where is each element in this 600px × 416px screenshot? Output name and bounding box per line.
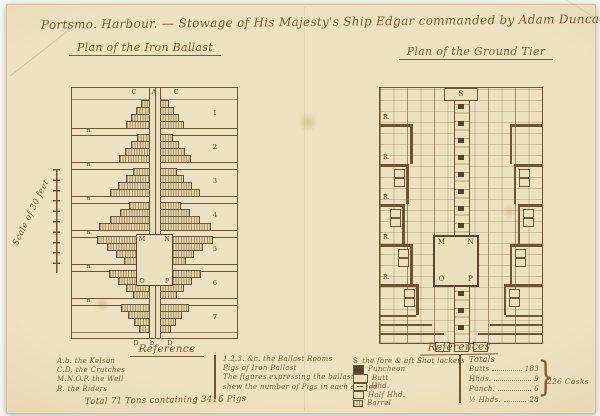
side-step-line — [510, 244, 513, 284]
left-reference-divider — [214, 355, 216, 399]
subtitle-iron-ballast: Plan of the Iron Ballast — [55, 41, 235, 54]
well-box: MNOP — [136, 234, 173, 286]
stain — [297, 113, 319, 131]
side-row-label: R. — [383, 115, 393, 121]
well-letter: M — [138, 236, 146, 243]
shot-locker-mark — [458, 121, 464, 126]
well-letter: N — [466, 239, 475, 246]
bay-number: 1 — [210, 110, 220, 117]
side-step-line — [504, 284, 507, 315]
half-hhd--symbol — [353, 391, 364, 399]
cask-outline — [394, 169, 405, 178]
side-row-label: R. — [383, 155, 393, 161]
rider-band-label: B. — [84, 299, 94, 305]
reference-line: 1.2.3. &c. the Ballast Rooms — [223, 355, 363, 364]
shot-locker-mark — [458, 104, 464, 109]
totals-row: Butts183 — [469, 364, 539, 374]
well-letter: M — [437, 239, 446, 246]
right-plan: SR.R.R.R.R.MNOP — [379, 87, 543, 344]
subtitle-ground-tier-text: Plan of the Ground Tier — [399, 45, 554, 60]
photo-background: Portsmo. Harbour. — Stowage of His Majes… — [0, 0, 600, 416]
shot-locker-mark — [458, 308, 464, 313]
shot-locker-mark — [458, 189, 464, 194]
shot-locker-column — [454, 88, 470, 343]
plan-letter: C — [128, 89, 140, 96]
reference-line: B. the Riders — [57, 385, 207, 394]
left-plan-area: 1B.2B.3B.4B.5B.6B.7ACCMNOP DbD — [71, 87, 236, 353]
subtitle-ground-tier: Plan of the Ground Tier — [381, 45, 571, 58]
cask-outline — [398, 258, 409, 267]
side-step-line — [512, 124, 542, 127]
side-step-line — [402, 204, 405, 244]
side-step-line — [516, 164, 542, 167]
well-letter: O — [138, 278, 146, 285]
rider-band-label: B. — [84, 265, 94, 271]
left-reference-col1: A.b. the KelsonC.D. the CrutchesM.N.O.P.… — [57, 357, 207, 394]
reference-line: The figures expressing the ballast — [223, 373, 363, 382]
reference-line: shew the number of Pigs in each stowed — [223, 383, 363, 392]
totals-row: Punch.6 — [469, 384, 539, 394]
dotted-leader — [494, 374, 531, 381]
side-row-label: R. — [383, 235, 393, 241]
s-box: S — [444, 88, 478, 101]
page-title: Portsmo. Harbour. — Stowage of His Majes… — [41, 12, 571, 32]
side-step-line — [514, 164, 517, 204]
dotted-leader — [504, 395, 526, 402]
totals-row: ½ Hhds.28 — [469, 395, 539, 405]
right-reference-divider — [459, 355, 461, 403]
stern-step-line — [506, 315, 542, 317]
shot-locker-mark — [458, 206, 464, 211]
cask-outline — [404, 298, 415, 307]
well-letter: N — [163, 236, 171, 243]
cask-outline — [509, 298, 520, 307]
right-plan-area: SR.R.R.R.R.MNOP — [379, 87, 541, 355]
left-reference-total: Total 71 Tons containing 3416 Pigs — [85, 393, 305, 408]
left-reference-col2: 1.2.3. &c. the Ballast RoomsPigs of Iron… — [223, 355, 363, 392]
side-step-line — [416, 284, 419, 315]
left-reference-heading: Reference — [107, 343, 227, 355]
side-row-label: R. — [383, 275, 393, 281]
cask-outline — [515, 249, 526, 258]
shot-locker-mark — [458, 325, 464, 330]
stern-step-line — [478, 333, 542, 335]
rider-band-label: B. — [84, 163, 94, 169]
reference-line: A.b. the Kelson — [57, 357, 207, 366]
dotted-leader — [498, 384, 531, 391]
rider-band-label: B. — [84, 197, 94, 203]
cask-outline — [523, 209, 534, 218]
left-plan: 1B.2B.3B.4B.5B.6B.7ACCMNOP — [71, 87, 238, 339]
side-step-line — [506, 284, 542, 287]
cask-outline — [404, 289, 415, 298]
shot-locker-mark — [458, 138, 464, 143]
cask-outline — [390, 218, 401, 227]
bay-number: 7 — [210, 314, 220, 321]
cask-outline — [398, 249, 409, 258]
side-step-line — [518, 204, 521, 244]
butt-symbol — [353, 374, 368, 383]
reference-line: Pigs of Iron Ballast — [223, 364, 363, 373]
side-step-line — [406, 164, 409, 204]
side-step-line — [380, 124, 410, 127]
right-reference-symbol-list: Sthe fore & aft Shot lockersPuncheonButt… — [353, 357, 463, 408]
totals-label: Butts — [469, 365, 489, 374]
bay-number: 6 — [210, 280, 220, 287]
stern-step-line — [380, 315, 416, 317]
subtitle-iron-ballast-text: Plan of the Iron Ballast — [69, 41, 221, 56]
symbol-row: Barrel — [353, 400, 463, 409]
well-box: MNOP — [433, 235, 479, 287]
totals-sum: 226 Casks — [547, 377, 595, 387]
cask-outline — [509, 289, 520, 298]
dotted-leader — [492, 364, 521, 371]
hhd--symbol — [353, 383, 367, 391]
right-reference-heading: References — [389, 340, 529, 354]
cask-outline — [394, 178, 405, 187]
side-step-line — [410, 124, 413, 164]
scale-bar — [53, 169, 60, 273]
side-step-line — [510, 124, 513, 164]
totals-row: Hhds.9 — [469, 374, 539, 384]
shot-locker-mark — [458, 155, 464, 160]
barrel-symbol — [353, 400, 363, 407]
rider-band-label: B. — [84, 231, 94, 237]
side-row-label: R. — [383, 195, 393, 201]
reference-line: C.D. the Crutches — [57, 366, 207, 375]
well-letter: P — [466, 276, 475, 283]
stern-step-line — [380, 324, 432, 326]
cask-outline — [515, 258, 526, 267]
paper-sheet: Portsmo. Harbour. — Stowage of His Majes… — [6, 4, 596, 414]
rider-band-label: B. — [84, 129, 94, 135]
stern-step-line — [380, 333, 444, 335]
side-step-line — [380, 204, 402, 207]
paper-crease — [304, 7, 305, 411]
side-step-line — [520, 204, 542, 207]
side-step-line — [410, 244, 413, 284]
symbol-label: Barrel — [367, 399, 391, 408]
cask-outline — [519, 169, 530, 178]
totals-label: ½ Hhds. — [469, 396, 501, 405]
shot-locker-mark — [458, 291, 464, 296]
cask-outline — [523, 218, 534, 227]
cask-outline — [519, 178, 530, 187]
reference-line: M.N.O.P. the Well — [57, 375, 207, 384]
well-letter: P — [163, 278, 171, 285]
side-step-line — [512, 244, 542, 247]
bay-number: 3 — [210, 178, 220, 185]
keel-letter: A — [149, 89, 159, 96]
plan-letter: C — [170, 89, 182, 96]
symbol-row: Butt — [353, 374, 463, 383]
bay-number: 4 — [210, 212, 220, 219]
stern-step-line — [490, 324, 542, 326]
totals-label: Hhds. — [469, 375, 491, 384]
side-step-line — [380, 284, 416, 287]
bay-number: 5 — [210, 246, 220, 253]
right-reference-totals: Butts183Hhds.9Punch.6½ Hhds.28 — [469, 364, 541, 405]
s-box-letter: S — [445, 91, 477, 98]
side-step-line — [380, 164, 406, 167]
right-reference-heading-text: References — [420, 340, 499, 355]
side-step-line — [380, 244, 410, 247]
left-reference-heading-text: Reference — [130, 343, 203, 357]
well-letter: O — [437, 276, 446, 283]
shot-locker-mark — [458, 172, 464, 177]
cask-outline — [390, 209, 401, 218]
totals-label: Punch. — [469, 385, 495, 394]
keel-column — [149, 88, 161, 338]
bay-number: 2 — [210, 144, 220, 151]
shot-locker-mark — [458, 223, 464, 228]
symbol-row: Puncheon — [353, 366, 463, 375]
